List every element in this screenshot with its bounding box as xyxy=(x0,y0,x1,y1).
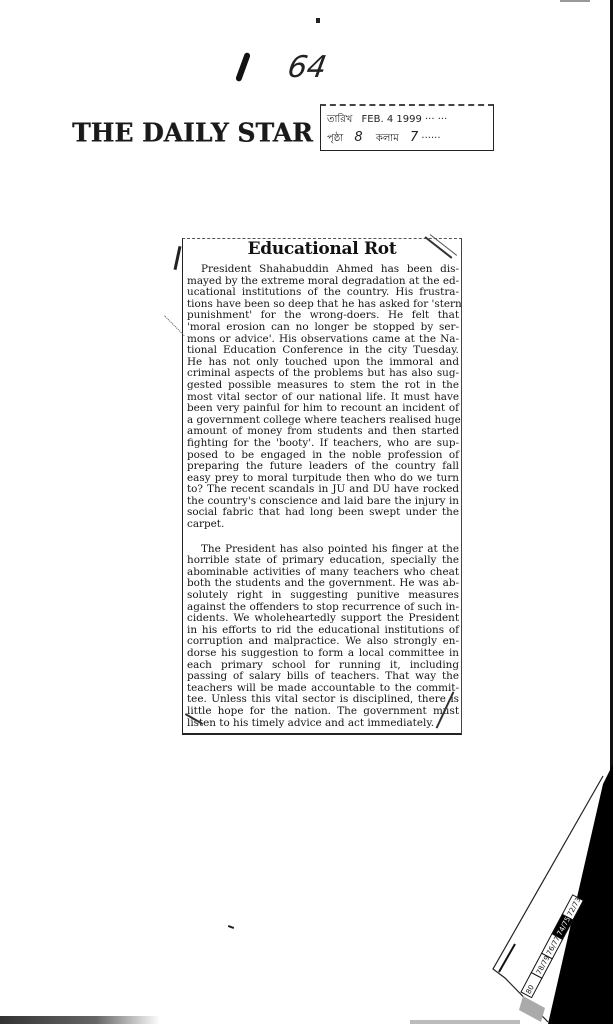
article-body: President Shahabuddin Ahmed has been dis… xyxy=(187,264,459,729)
scan-artifact xyxy=(410,1020,520,1024)
article-line: tional Education Conference in the city … xyxy=(187,345,459,357)
stamp-date-label: তারিখ xyxy=(327,114,352,125)
article-line: carpet. xyxy=(187,519,459,531)
article-line: little hope for the nation. The governme… xyxy=(187,706,459,718)
scan-artifact xyxy=(0,1016,160,1024)
article-line: been very painful for him to recount an … xyxy=(187,403,459,415)
article-line: dorse his suggestion to form a local com… xyxy=(187,648,459,660)
paragraph-gap xyxy=(187,531,459,544)
folded-page-corner: 8078/7976/7774/7572/73 xyxy=(463,764,613,1024)
page-edge-top xyxy=(560,0,590,2)
article-line: solutely right in suggesting punitive me… xyxy=(187,590,459,602)
scan-artifact xyxy=(316,18,320,23)
article-line: 'moral erosion can no longer be stopped … xyxy=(187,322,459,334)
clipping-bracket-mark xyxy=(174,246,182,270)
article-line: gested possible measures to stem the rot… xyxy=(187,380,459,392)
stamp-date-row: তারিখ FEB. 4 1999 ··· ··· xyxy=(327,112,447,129)
archive-stamp: তারিখ FEB. 4 1999 ··· ··· পৃষ্ঠা 8 কলাম … xyxy=(320,104,494,151)
stamp-column-label: কলাম xyxy=(376,133,399,144)
stamp-dots: ······ xyxy=(421,133,440,144)
stamp-page-label: পৃষ্ঠা xyxy=(327,133,343,144)
scan-artifact xyxy=(228,925,234,929)
stamp-page-value: 8 xyxy=(354,130,362,145)
article-line: fighting for the 'booty'. If teachers, w… xyxy=(187,438,459,450)
stamp-page-row: পৃষ্ঠা 8 কলাম 7 ······ xyxy=(327,130,441,148)
article-clipping: Educational Rot President Shahabuddin Ah… xyxy=(182,238,462,735)
newspaper-masthead: THE DAILY STAR xyxy=(72,117,313,147)
stamp-dots: ··· ··· xyxy=(425,114,447,125)
stamp-column-value: 7 xyxy=(410,130,418,145)
article-line: preparing the future leaders of the coun… xyxy=(187,461,459,473)
handwritten-slash-mark xyxy=(235,52,251,82)
article-line: social fabric that had long been swept u… xyxy=(187,507,459,519)
handwritten-page-number: 64 xyxy=(285,50,329,85)
stamp-date-value: FEB. 4 1999 xyxy=(362,114,422,125)
article-line: listen to his timely advice and act imme… xyxy=(187,718,459,730)
article-line: President Shahabuddin Ahmed has been dis… xyxy=(187,264,459,276)
article-headline: Educational Rot xyxy=(183,239,461,259)
